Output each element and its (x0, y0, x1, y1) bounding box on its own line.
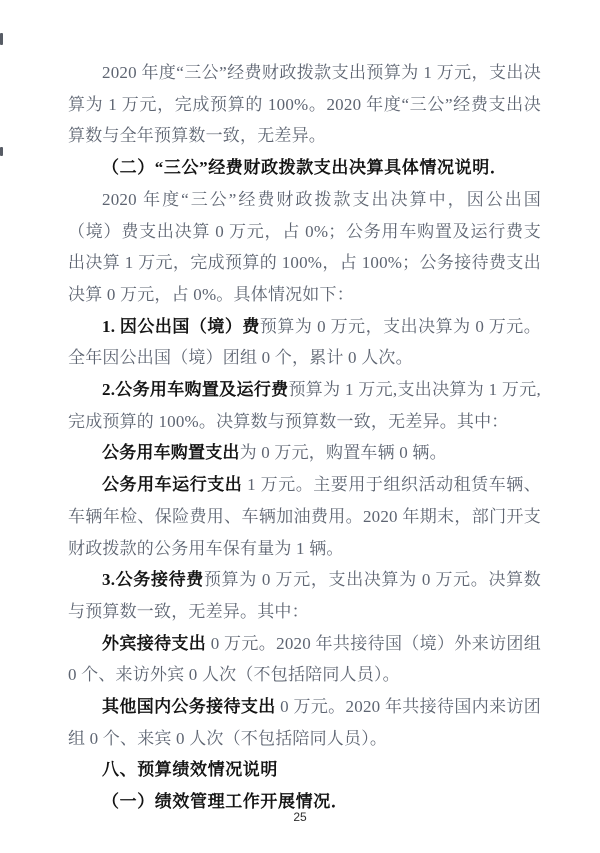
paragraph: 2020 年度“三公”经费财政拨款支出预算为 1 万元，支出决算为 1 万元，完… (68, 57, 541, 152)
bold-run: 公务用车购置支出 (102, 443, 240, 462)
paragraph: 其他国内公务接待支出 0 万元。2020 年共接待国内来访团组 0 个、来宾 0… (68, 691, 541, 754)
document-body: 2020 年度“三公”经费财政拨款支出预算为 1 万元，支出决算为 1 万元，完… (68, 57, 541, 818)
bold-run: （一）绩效管理工作开展情况． (102, 792, 348, 811)
paragraph: 2.公务用车购置及运行费预算为 1 万元,支出决算为 1 万元,完成预算的 10… (68, 374, 541, 437)
bold-run: 八、预算绩效情况说明 (102, 760, 278, 779)
paragraph: 1. 因公出国（境）费预算为 0 万元，支出决算为 0 万元。全年因公出国（境）… (68, 311, 541, 374)
text-run: 为 0 万元，购置车辆 0 辆。 (240, 443, 447, 462)
paragraph: 2020 年度“三公”经费财政拨款支出决算中，因公出国（境）费支出决算 0 万元… (68, 184, 541, 311)
scan-artifact (0, 33, 3, 45)
text-run: 2020 年度“三公”经费财政拨款支出决算中，因公出国（境）费支出决算 0 万元… (68, 190, 541, 304)
text-run: 2020 年度“三公”经费财政拨款支出预算为 1 万元，支出决算为 1 万元，完… (68, 63, 541, 145)
bold-run: 公务用车运行支出 (102, 475, 242, 494)
bold-run: 1. 因公出国（境）费 (102, 317, 260, 336)
bold-run: 3.公务接待费 (102, 570, 204, 589)
section-heading: 八、预算绩效情况说明 (68, 754, 541, 786)
paragraph: 公务用车购置支出为 0 万元，购置车辆 0 辆。 (68, 437, 541, 469)
bold-run: 其他国内公务接待支出 (102, 697, 276, 716)
paragraph: 3.公务接待费预算为 0 万元，支出决算为 0 万元。决算数与预算数一致，无差异… (68, 564, 541, 627)
paragraph: 公务用车运行支出 1 万元。主要用于组织活动租赁车辆、车辆年检、保险费用、车辆加… (68, 469, 541, 564)
document-page: 2020 年度“三公”经费财政拨款支出预算为 1 万元，支出决算为 1 万元，完… (0, 0, 600, 853)
bold-run: （二）“三公”经费财政拨款支出决算具体情况说明． (102, 158, 507, 177)
scan-artifact (0, 147, 3, 156)
page-number: 25 (0, 810, 600, 824)
paragraph: 外宾接待支出 0 万元。2020 年共接待国（境）外来访团组 0 个、来访外宾 … (68, 628, 541, 691)
bold-run: 外宾接待支出 (102, 634, 206, 653)
section-heading: （二）“三公”经费财政拨款支出决算具体情况说明． (68, 152, 541, 184)
bold-run: 2.公务用车购置及运行费 (102, 380, 288, 399)
